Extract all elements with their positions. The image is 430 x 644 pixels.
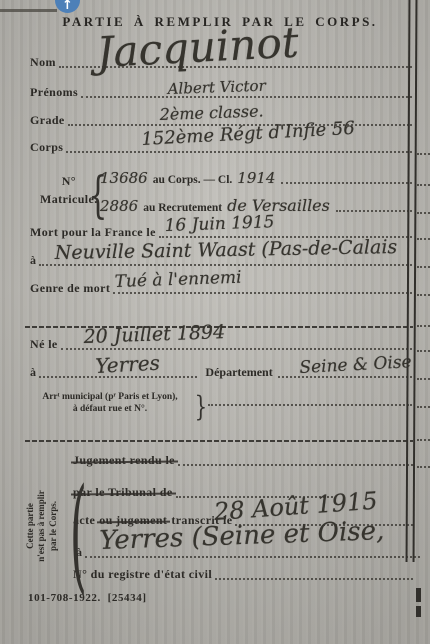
jugement-field-row: Jugement rendu le [73,452,413,468]
side-note-line1: Cette partie [25,463,36,589]
matricule-recrutement-row: 2886 au Recrutement de Versailles [97,198,412,214]
side-note-line3: par le Corps. [48,463,59,589]
matricule-classe: 1914 [237,169,275,187]
page-edge-dash [417,439,430,441]
dotted-line [178,464,413,466]
page-edge-dash [417,238,430,240]
grade-label: Grade [30,113,65,128]
mort-label: Mort pour la France le [30,225,156,240]
scan-edge-mark [416,606,421,617]
dotted-line [39,264,412,266]
dotted-line [215,578,413,580]
section-divider [25,440,413,442]
arr-label-line1: Arrᵗ municipal (pʳ Paris et Lyon), [30,392,190,404]
arr-municipal-label: Arrᵗ municipal (pʳ Paris et Lyon), à déf… [30,392,190,416]
dotted-line [281,182,412,184]
prenoms-label: Prénoms [30,85,78,100]
up-arrow-icon: ↑ [62,0,73,13]
corps-label: Corps [30,140,63,155]
grade-value: 2ème classe. [159,101,264,124]
scroll-up-button[interactable]: ↑ [55,0,80,13]
page-edge-dash [417,153,430,155]
arr-label-line2: à défaut rue et N°. [30,404,190,416]
dotted-line [336,210,412,212]
genre-mort-label: Genre de mort [30,281,110,296]
arr-field-row [205,392,412,408]
ne-le-label: Né le [30,337,58,352]
page-edge-dash [417,266,430,268]
dotted-line [278,376,412,378]
nom-label: Nom [30,55,56,70]
prenoms-value: Albert Victor [167,77,266,98]
matricule-corps-row: 13686 au Corps. — Cl. 1914 [97,170,412,186]
form-reference-number: 101-708-1922. [25434] [28,592,147,604]
arr-brace: } [195,390,207,423]
registre-label: N° du registre d'état civil [73,567,212,582]
page-edge-dash [417,406,430,408]
tribunal-label: par le Tribunal de [73,485,173,500]
side-note: Cette partie n'est pas à remplir par le … [25,463,65,589]
page-edge-dash [417,466,430,468]
matricule-brace: { [88,166,107,224]
page-edge-dash [417,325,430,327]
page-edge-line [406,0,418,562]
mort-value: 16 Juin 1915 [164,212,274,236]
dotted-line [66,151,412,153]
page-edge-dash [417,350,430,352]
ne-a-value: Yerres [95,351,161,378]
mort-lieu-label: à [30,253,36,268]
dotted-line [61,348,412,350]
page-edge-dash [417,378,430,380]
scan-edge-mark [416,588,421,602]
jugement-label: Jugement rendu le [73,453,175,468]
departement-label: Département [205,365,272,380]
dotted-line [113,292,412,294]
page-edge-dash [417,294,430,296]
page-edge-dash [417,184,430,186]
page-edge-dash [417,212,430,214]
bottom-brace: ( [70,462,87,607]
dotted-line [208,404,412,406]
dotted-line [85,556,420,558]
scan-edge-streak [0,9,57,12]
death-record-card: ↑ PARTIE À REMPLIR PAR LE CORPS. Nom Jac… [0,0,430,644]
matricule-recrutement-text: au Recrutement [143,202,222,214]
matricule-recrutement-value: de Versailles [227,196,330,215]
matricule-corps-text: au Corps. — Cl. [153,174,233,186]
ne-a-label: à [30,365,36,380]
side-note-line2: n'est pas à remplir [36,463,47,589]
registre-field-row: N° du registre d'état civil [73,566,413,582]
dotted-line [81,96,412,98]
